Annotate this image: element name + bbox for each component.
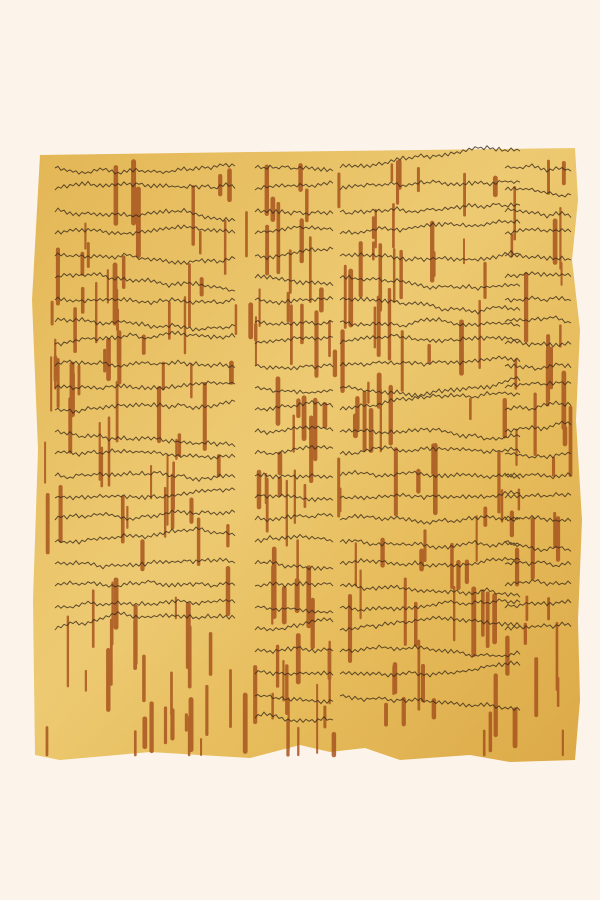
birch-bark-manuscript: [0, 0, 600, 900]
